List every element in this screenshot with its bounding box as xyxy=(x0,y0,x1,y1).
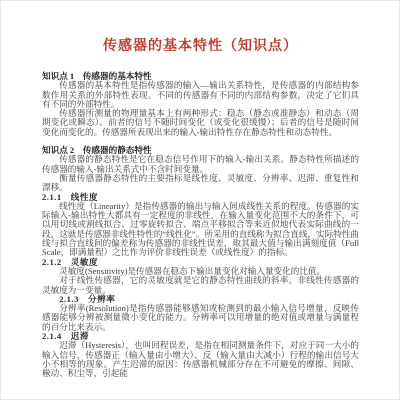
paragraph-resolution: 分辨率(Resolution)是指传感器能够感知或检测到的最小输入信号增量，反映… xyxy=(42,304,359,332)
document-content: 传感器的基本特性（知识点） 知识点 1 传感器的基本特性 传感器的基本特性是指传… xyxy=(42,35,359,379)
document-page: 传感器的基本特性（知识点） 知识点 1 传感器的基本特性 传感器的基本特性是指传… xyxy=(0,0,400,400)
paragraph-hysteresis: 迟滞（Hysteresis），也叫回程误差，是指在相同测量条件下，对应于同一大小… xyxy=(42,341,359,378)
page-title: 传感器的基本特性（知识点） xyxy=(42,35,359,55)
paragraph-measurement-forms: 传感器所测量的物理量基本上有两种形式：稳态（静态或准静态）和动态（周期变化或瞬态… xyxy=(42,109,359,137)
paragraph-static-characteristics: 传感器的静态特性是它在稳态信号作用下的输入-输出关系。静态特性所描述的传感器的输… xyxy=(42,155,359,174)
paragraph-basic-characteristics: 传感器的基本特性是指传感器的输入—输出关系特性，是传感器的内部结构参数作用关系的… xyxy=(42,81,359,109)
paragraph-sensitivity-linear: 对于线性传感器，它的灵敏度就是它的静态特性曲线的斜率。非线性传感器的灵敏度为一变… xyxy=(42,276,359,295)
paragraph-static-indicators: 衡量传感器静态特性的主要指标是线性度、灵敏度、分辨率、迟滞、重复性和漂移。 xyxy=(42,174,359,193)
page-number: 16 xyxy=(42,369,49,377)
paragraph-linearity: 线性度（Linearity）是指传感器的输出与输入间成线性关系的程度。传感器的实… xyxy=(42,202,359,258)
